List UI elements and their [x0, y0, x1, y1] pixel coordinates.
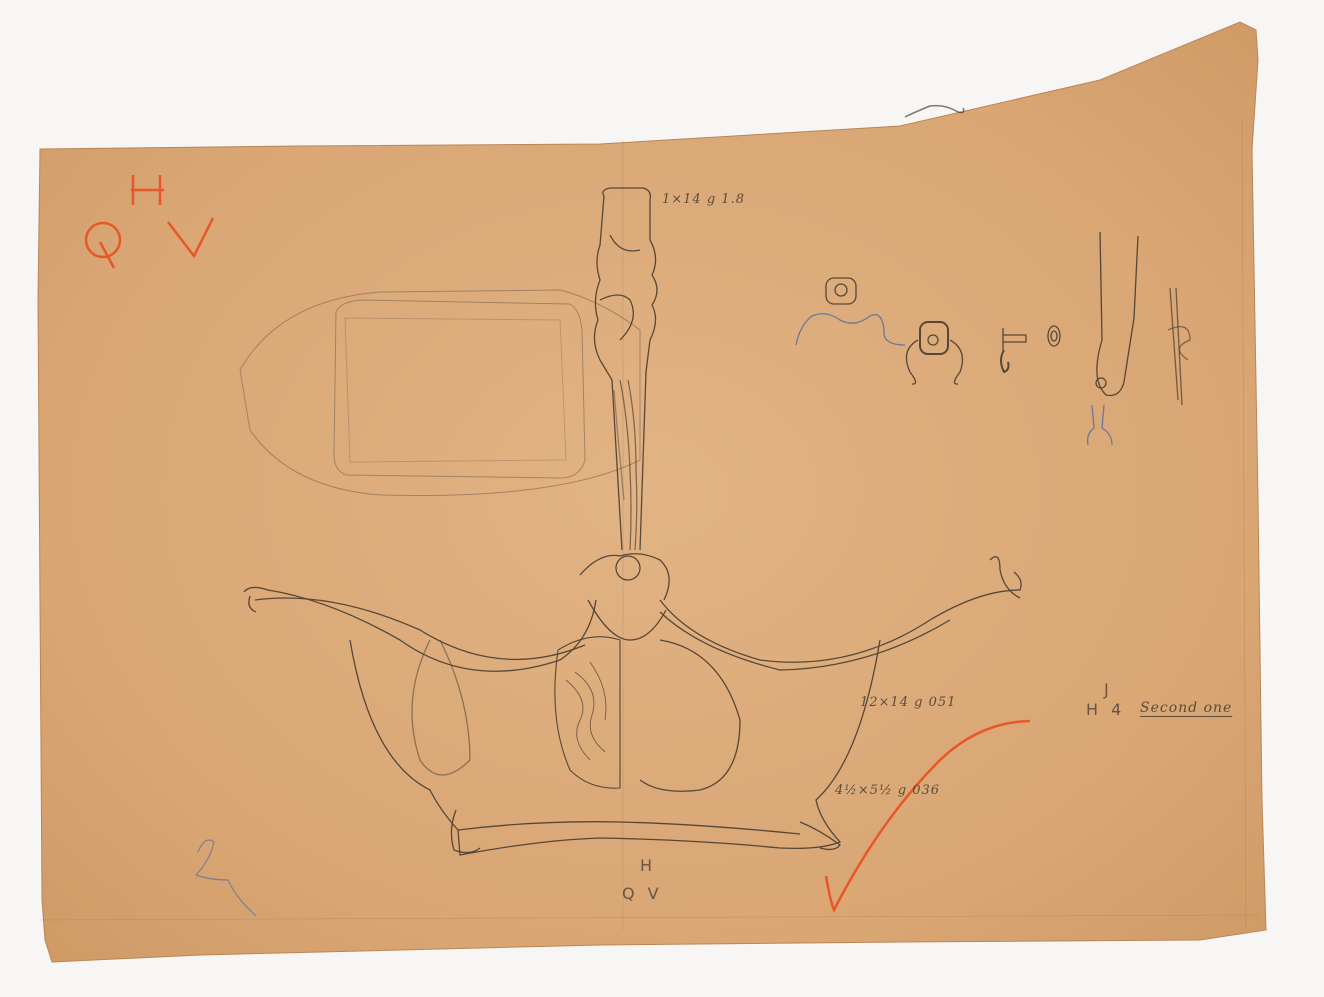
body-spec-note: 12×14 g 051 — [860, 695, 956, 710]
note-j: J — [1104, 680, 1117, 699]
drawing-canvas — [0, 0, 1324, 997]
note-second-one: Second one — [1140, 700, 1232, 716]
handle-spec-note: 1×14 g 1.8 — [662, 192, 745, 207]
bottom-qv-mark: Q V — [622, 884, 663, 903]
paper-sheet — [38, 22, 1266, 962]
drawing-photo: 1×14 g 1.8 12×14 g 051 4½×5½ g 036 J H 4… — [0, 0, 1324, 997]
foot-spec-note: 4½×5½ g 036 — [835, 783, 940, 798]
bottom-h-mark: H — [640, 856, 660, 875]
note-h4: H 4 — [1086, 700, 1125, 719]
